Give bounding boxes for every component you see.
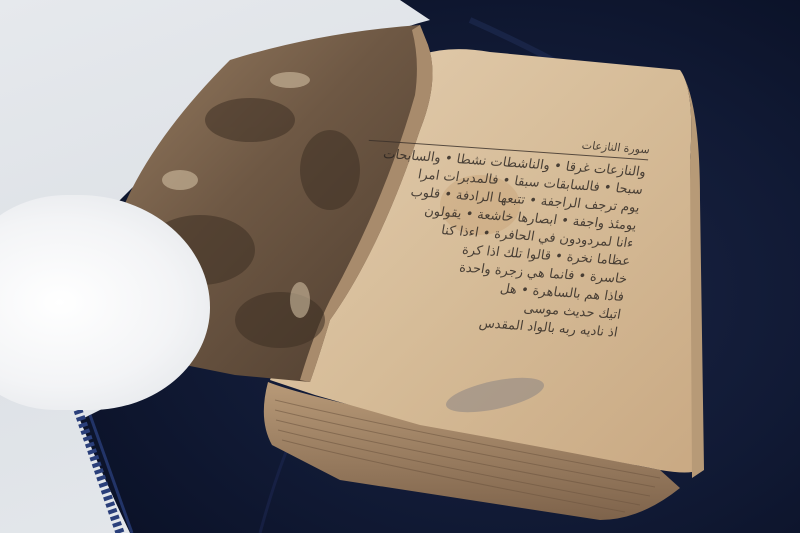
photo-scene: سورة النازعات والنازعات غرقا • والناشطات… — [0, 0, 800, 533]
manuscript-text: سورة النازعات والنازعات غرقا • والناشطات… — [330, 122, 651, 379]
